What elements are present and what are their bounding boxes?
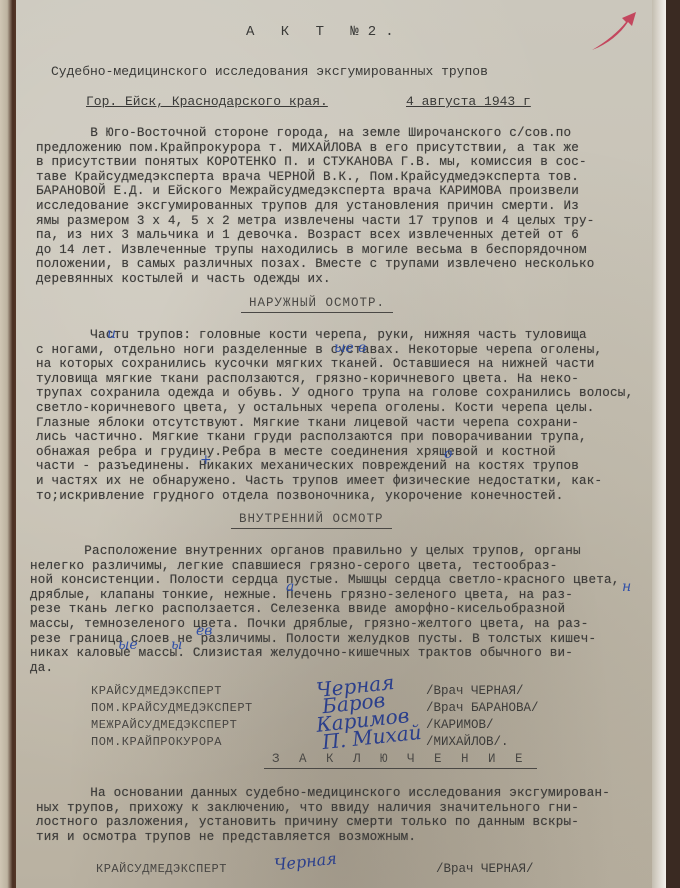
signature-name: /МИХАЙЛОВ/. [426, 735, 509, 749]
ink-correction: + [200, 452, 212, 468]
ink-correction: н [622, 579, 631, 595]
internal-exam-heading: ВНУТРЕННИЙ ОСМОТР [231, 512, 392, 529]
document-title: А К Т №2. [246, 24, 403, 40]
page-edge [652, 0, 666, 888]
signature-role: ПОМ.КРАЙСУДМЕДЭКСПЕРТ [91, 701, 253, 715]
internal-exam-paragraph: Расположение внутренних органов правильн… [30, 544, 620, 675]
ink-correction: о [444, 446, 452, 462]
document-page: А К Т №2. Судебно-медицинского исследова… [16, 0, 666, 888]
intro-paragraph: В Юго-Восточной стороне города, на земле… [36, 126, 595, 287]
ink-correction: ые [118, 637, 138, 653]
document-date: 4 августа 1943 г [406, 94, 531, 109]
red-pencil-mark-icon [588, 8, 640, 54]
final-signature-name: /Врач ЧЕРНАЯ/ [436, 862, 534, 876]
final-signature-role: КРАЙСУДМЕДЭКСПЕРТ [96, 862, 227, 876]
ink-correction: ев [196, 623, 212, 639]
signature-name: /Врач БАРАНОВА/ [426, 701, 539, 715]
final-handwritten-signature: Черная [273, 849, 337, 874]
external-exam-heading: НАРУЖНЫЙ ОСМОТР. [241, 296, 393, 313]
ink-correction: ы [171, 637, 182, 653]
ink-correction: ые в [334, 340, 366, 356]
conclusion-paragraph: На основании данных судебно-медицинского… [36, 786, 610, 844]
ink-correction: а [286, 579, 294, 595]
signature-role: МЕЖРАЙСУДМЕДЭКСПЕРТ [91, 718, 237, 732]
signature-name: /Врач ЧЕРНАЯ/ [426, 684, 524, 698]
signature-role: ПОМ.КРАЙПРОКУРОРА [91, 735, 222, 749]
conclusion-heading: З А К Л Ю Ч Е Н И Е [264, 752, 537, 769]
document-place: Гор. Ейск, Краснодарского края. [86, 94, 328, 109]
signature-name: /КАРИМОВ/ [426, 718, 494, 732]
ink-correction: u [107, 326, 116, 342]
signature-role: КРАЙСУДМЕДЭКСПЕРТ [91, 684, 222, 698]
document-subtitle: Судебно-медицинского исследования эксгум… [51, 64, 488, 79]
